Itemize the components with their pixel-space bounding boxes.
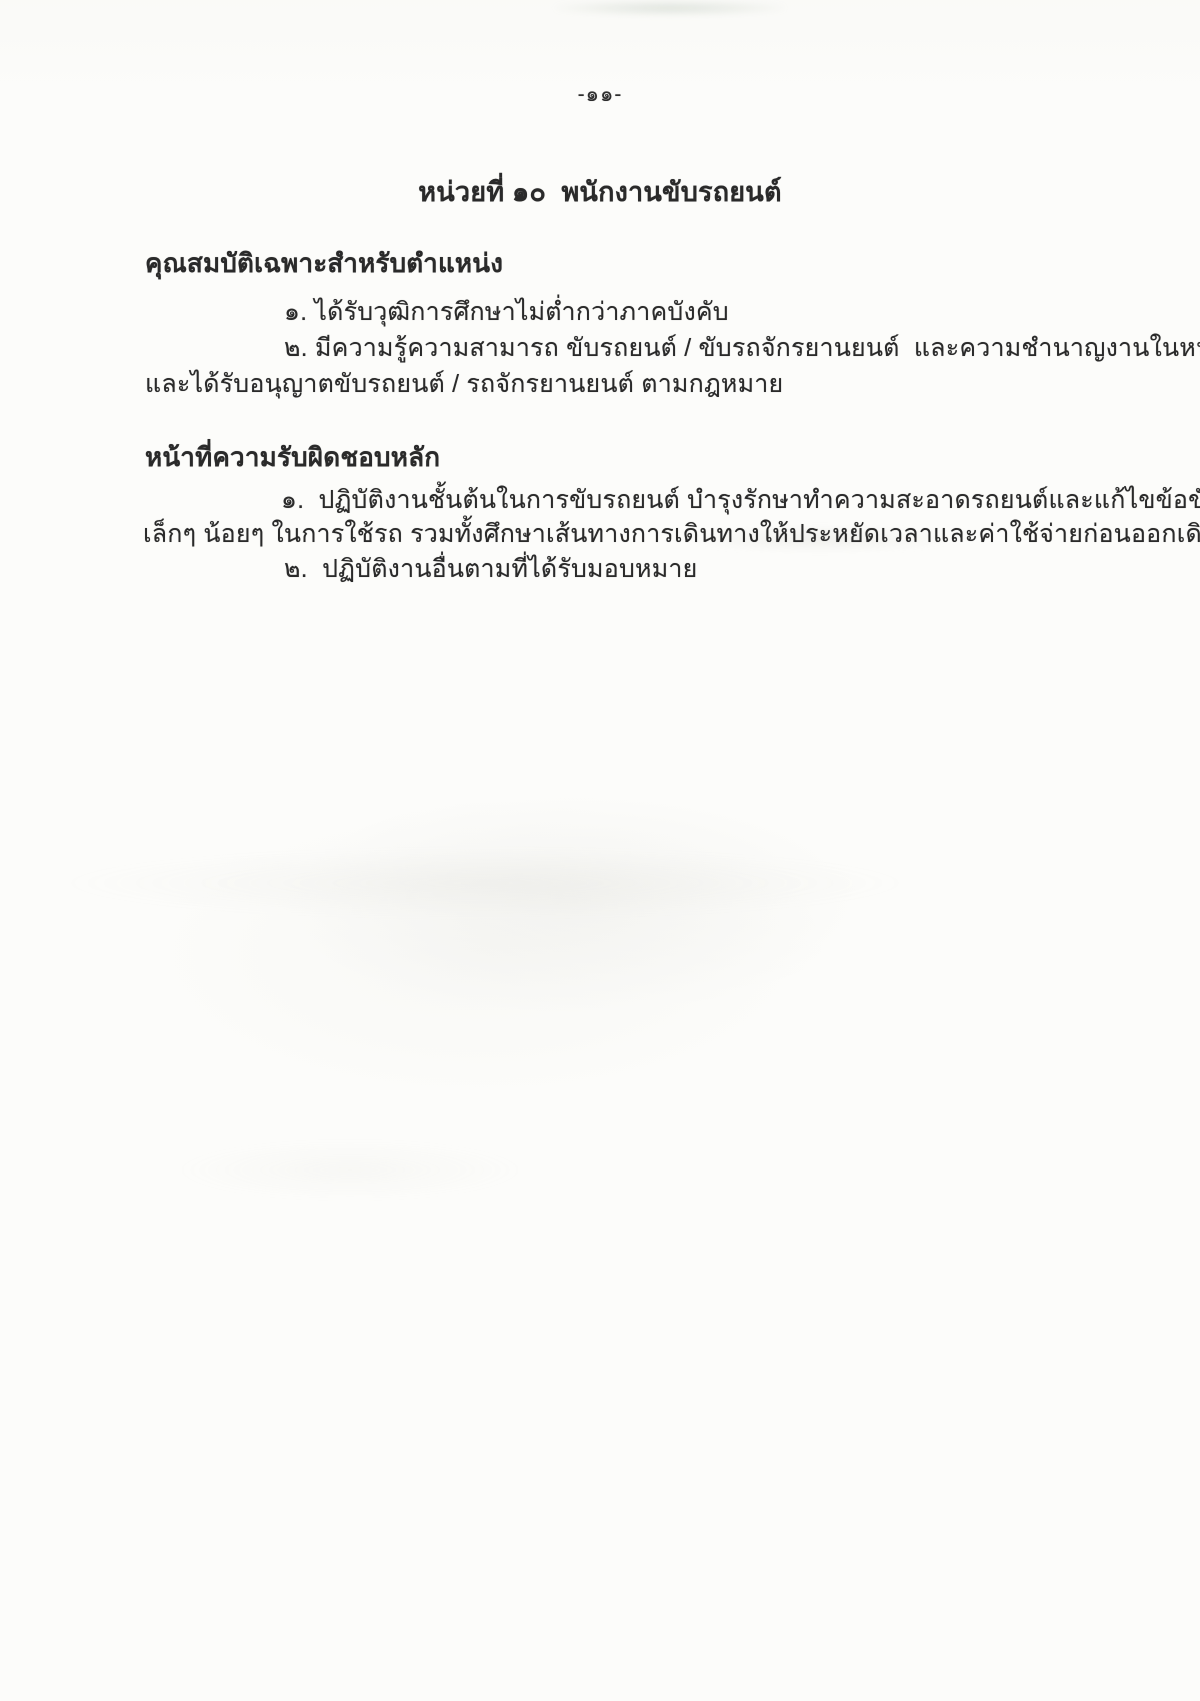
- document-title: หน่วยที่ ๑๐ พนักงานขับรถยนต์: [0, 176, 1200, 208]
- responsibility-item-2: ๒. ปฏิบัติงานอื่นตามที่ได้รับมอบหมาย: [284, 554, 697, 584]
- qualification-item-2-line-2: และได้รับอนุญาตขับรถยนต์ / รถจักรยานยนต์…: [145, 369, 783, 399]
- scan-artifact-top-smudge: [555, 0, 785, 16]
- scan-artifact-low-smudge: [180, 1140, 520, 1200]
- scanned-document-page: -๑๑- หน่วยที่ ๑๐ พนักงานขับรถยนต์ คุณสมบ…: [0, 0, 1200, 1701]
- qualification-item-1: ๑. ได้รับวุฒิการศึกษาไม่ต่ำกว่าภาคบังคับ: [284, 297, 729, 327]
- qualification-item-2-line-1: ๒. มีความรู้ความสามารถ ขับรถยนต์ / ขับรถ…: [284, 333, 1200, 363]
- scan-artifact-mid-smudge: [70, 848, 900, 918]
- page-number: -๑๑-: [0, 82, 1200, 107]
- section-heading-qualifications: คุณสมบัติเฉพาะสำหรับตำแหน่ง: [145, 248, 503, 279]
- responsibility-item-1-line-1: ๑. ปฏิบัติงานชั้นต้นในการขับรถยนต์ บำรุง…: [281, 485, 1200, 515]
- section-heading-responsibilities: หน้าที่ความรับผิดชอบหลัก: [145, 442, 440, 473]
- responsibility-item-1-line-2: เล็กๆ น้อยๆ ในการใช้รถ รวมทั้งศึกษาเส้นท…: [143, 519, 1200, 549]
